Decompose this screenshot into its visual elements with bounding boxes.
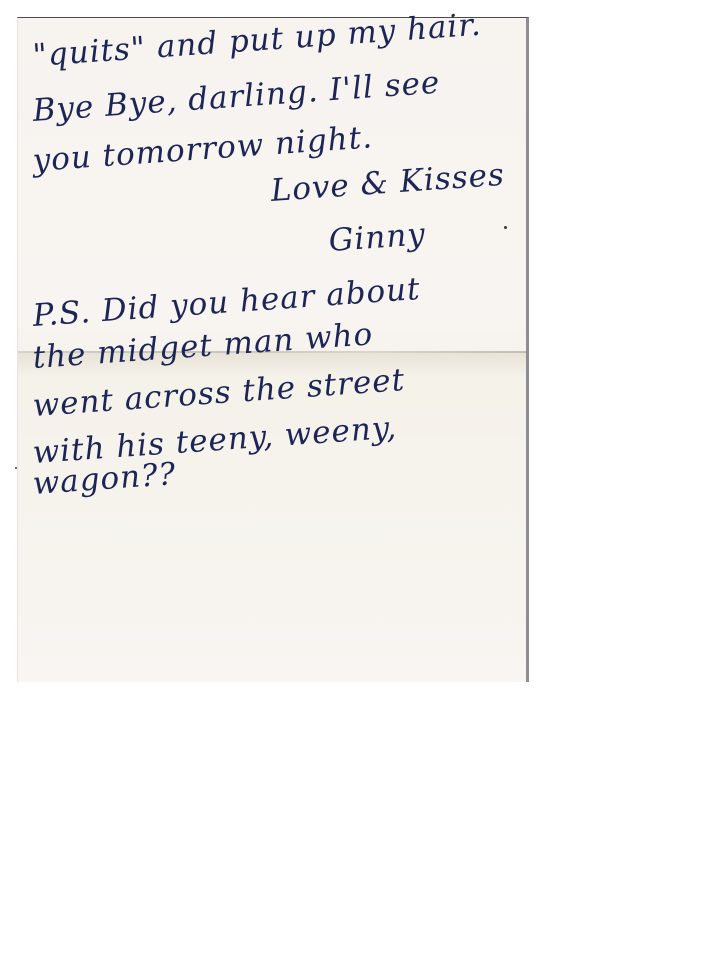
letter-line-1: "quits" and put up my hair. bbox=[31, 7, 482, 74]
scan-canvas: "quits" and put up my hair. Bye Bye, dar… bbox=[0, 0, 720, 960]
letter-paper: "quits" and put up my hair. Bye Bye, dar… bbox=[17, 17, 529, 682]
scan-speck bbox=[15, 467, 17, 469]
letter-line-2: Bye Bye, darling. I'll see bbox=[31, 65, 441, 129]
letter-signature: Ginny bbox=[327, 216, 426, 259]
letter-signoff: Love & Kisses bbox=[269, 157, 506, 209]
ink-speck bbox=[504, 226, 507, 229]
